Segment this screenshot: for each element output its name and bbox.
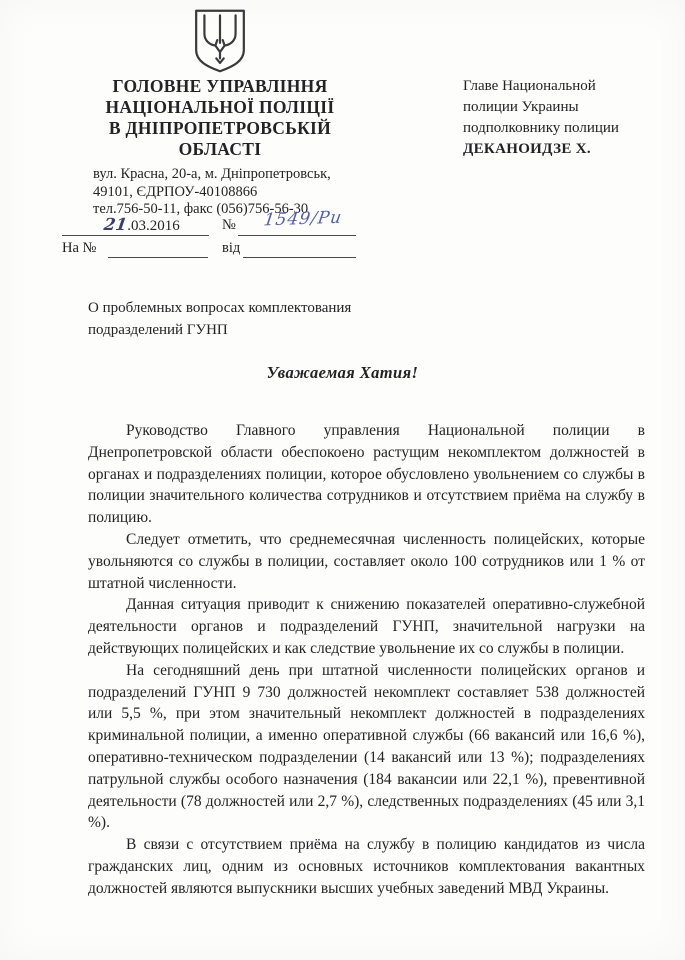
number-sign-label: №	[222, 217, 236, 234]
body-paragraph: Руководство Главного управления Национал…	[88, 420, 645, 529]
handwritten-outgoing-number: 1549/Ри	[247, 207, 360, 231]
org-name-line: ГОЛОВНЕ УПРАВЛІННЯ	[70, 76, 370, 97]
subject-line: подразделений ГУНП	[88, 320, 458, 342]
letter-page: ГОЛОВНЕ УПРАВЛІННЯ НАЦІОНАЛЬНОЇ ПОЛІЦІЇ …	[0, 0, 685, 960]
reply-number-underline	[108, 237, 208, 258]
body-paragraph: Следует отметить, что среднемесячная чис…	[88, 529, 645, 594]
subject-line: О проблемных вопросах комплектования	[88, 298, 458, 320]
org-name-line: НАЦІОНАЛЬНОЇ ПОЛІЦІЇ	[70, 97, 370, 118]
recipient-line: полиции Украины	[463, 97, 673, 118]
body-paragraph: Данная ситуация приводит к снижению пока…	[88, 594, 645, 659]
letter-body: Руководство Главного управления Национал…	[88, 420, 645, 900]
reply-date-underline	[243, 237, 356, 258]
letter-date: 21.03.2016	[82, 215, 202, 235]
recipient-line: подполковнику полиции	[463, 118, 673, 139]
recipient-line: Главе Национальной	[463, 76, 673, 97]
recipient-block: Главе Национальной полиции Украины подпо…	[463, 76, 673, 160]
typed-date: .03.2016	[127, 218, 180, 234]
body-paragraph: На сегодняшний день при штатной численно…	[88, 660, 645, 834]
date-number-row: 21.03.2016 № 1549/Ри	[62, 215, 392, 239]
address-line: 49101, ЄДРПОУ-40108866	[93, 184, 423, 202]
subject-block: О проблемных вопросах комплектования под…	[88, 298, 458, 341]
org-name: ГОЛОВНЕ УПРАВЛІННЯ НАЦІОНАЛЬНОЇ ПОЛІЦІЇ …	[70, 76, 370, 160]
salutation: Уважаемая Хатия!	[0, 363, 685, 383]
reply-reference-row: На № від	[62, 237, 392, 261]
reply-date-label: від	[222, 240, 240, 257]
reply-number-label: На №	[62, 240, 96, 257]
ukraine-trident-icon	[192, 8, 248, 74]
handwritten-day: 21	[103, 215, 129, 234]
body-paragraph: В связи с отсутствием приёма на службу в…	[88, 834, 645, 899]
recipient-name: ДЕКАНОИДЗЕ Х.	[463, 139, 673, 160]
address-line: вул. Красна, 20-а, м. Дніпропетровськ,	[93, 166, 423, 184]
org-name-line: В ДНІПРОПЕТРОВСЬКІЙ	[70, 118, 370, 139]
org-name-line: ОБЛАСТІ	[70, 139, 370, 160]
